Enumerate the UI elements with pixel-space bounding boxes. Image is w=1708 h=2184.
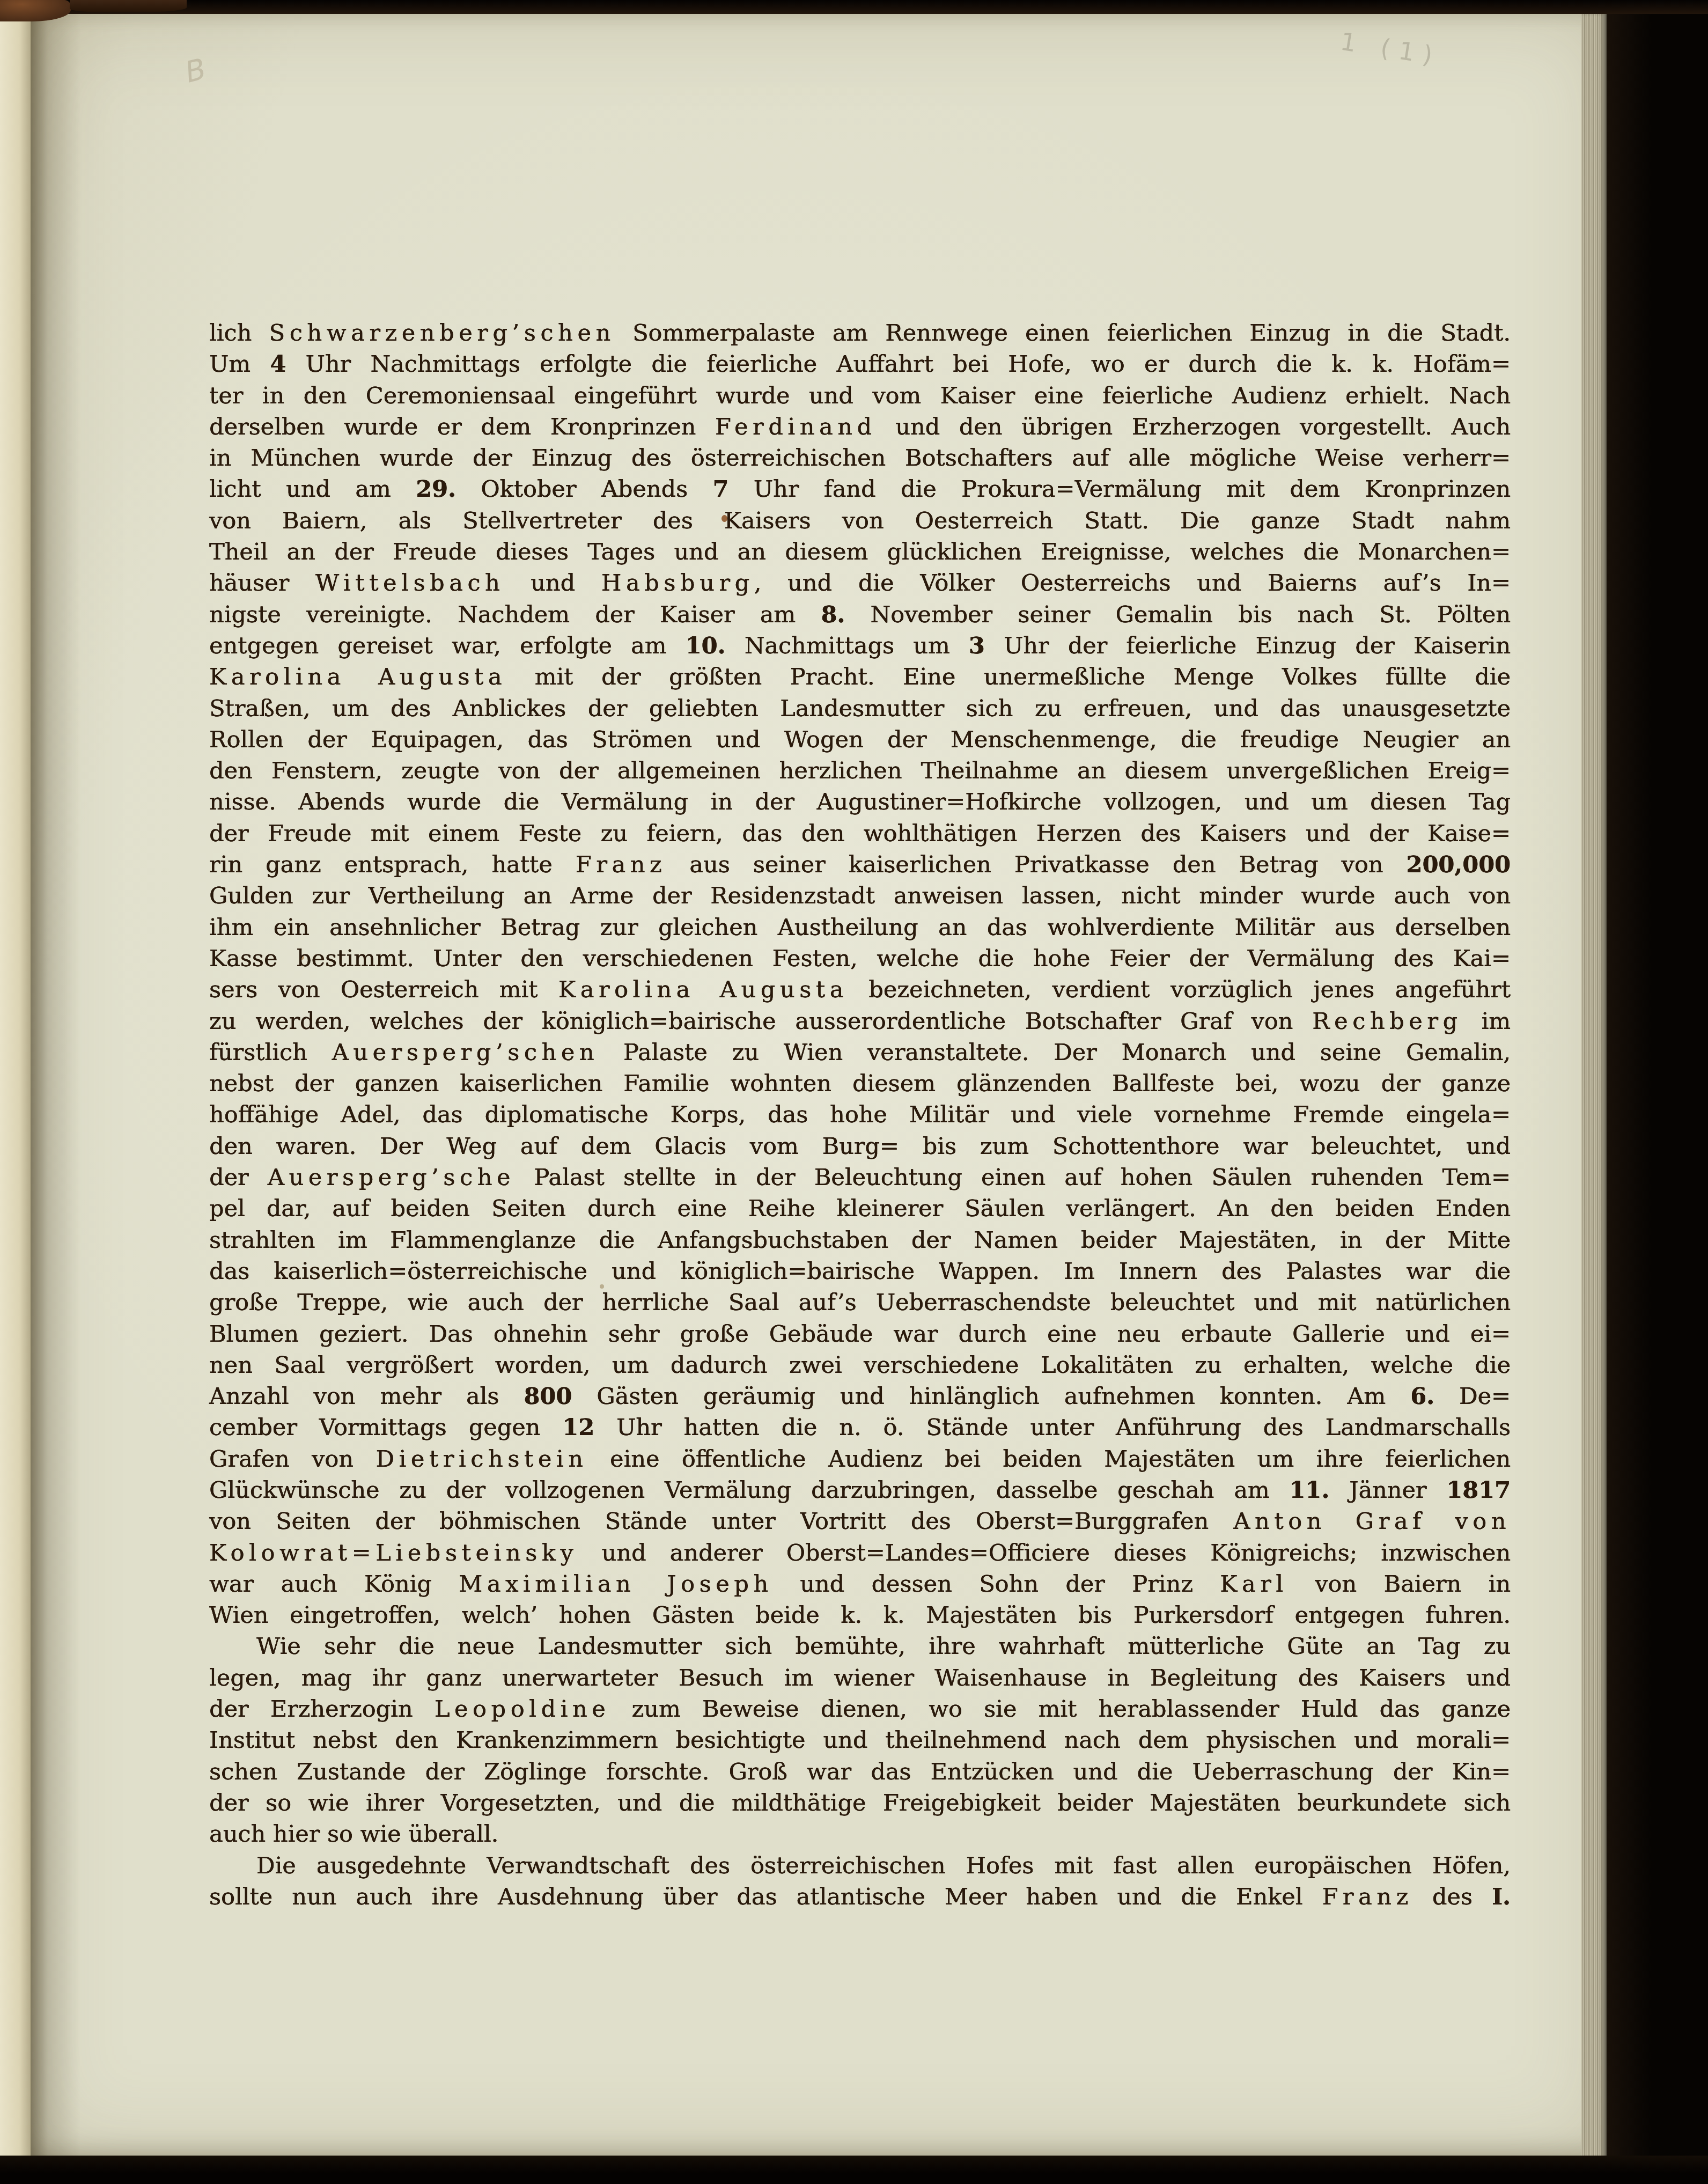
text-run: nisse. Abends wurde die Vermälung in der… <box>209 789 1511 815</box>
text-line: derselben wurde er dem Kronprinzen Ferdi… <box>209 411 1511 443</box>
antiqua-numeral: 800 <box>524 1383 572 1410</box>
text-line: der so wie ihrer Vorgesetzten, und die m… <box>209 1788 1511 1819</box>
text-run: Blumen geziert. Das ohnehin sehr große G… <box>209 1321 1511 1348</box>
text-run: und <box>504 570 601 597</box>
text-run: licht und am <box>209 476 416 503</box>
letterspaced-name: Karolina Augusta <box>209 664 506 690</box>
binding-top-edge <box>0 0 1708 14</box>
text-line: Theil an der Freude dieses Tages und an … <box>209 536 1511 568</box>
text-run: , und die Völker Oesterreichs und Baiern… <box>754 570 1511 597</box>
text-line: sollte nun auch ihre Ausdehnung über das… <box>209 1881 1511 1913</box>
text-run: November seiner Gemalin bis nach St. Pöl… <box>845 601 1511 628</box>
text-line: Um 4 Uhr Nachmittags erfolgte die feierl… <box>209 349 1511 380</box>
text-run: ihm ein ansehnlicher Betrag zur gleichen… <box>209 914 1511 941</box>
text-line: Blumen geziert. Das ohnehin sehr große G… <box>209 1319 1511 1350</box>
text-line: lich Schwarzenberg’schen Sommerpalaste a… <box>209 318 1511 349</box>
text-run: zu werden, welches der königlich=bairisc… <box>209 1008 1312 1035</box>
text-run: Oktober Abends <box>456 476 713 503</box>
text-line: den waren. Der Weg auf dem Glacis vom Bu… <box>209 1131 1511 1162</box>
text-line: pel dar, auf beiden Seiten durch eine Re… <box>209 1193 1511 1224</box>
letterspaced-name: Auersperg’schen <box>332 1039 599 1066</box>
text-run: und anderer Oberst=Landes=Officiere dies… <box>578 1540 1511 1567</box>
text-line: von Baiern, als Stellvertreter des Kaise… <box>209 505 1511 536</box>
text-line: licht und am 29. Oktober Abends 7 Uhr fa… <box>209 474 1511 505</box>
text-run: war auch König <box>209 1571 459 1598</box>
text-line: ihm ein ansehnlicher Betrag zur gleichen… <box>209 912 1511 943</box>
text-run: Anzahl von mehr als <box>209 1383 524 1410</box>
letterspaced-name: Franz <box>1322 1884 1412 1910</box>
text-run: bezeichneten, verdient vorzüglich jenes … <box>848 976 1511 1003</box>
scan-right-edge <box>1607 0 1708 2184</box>
text-run: zum Beweise dienen, wo sie mit herablass… <box>610 1696 1511 1723</box>
text-line: Rollen der Equipagen, das Strömen und Wo… <box>209 724 1511 755</box>
text-line: nisse. Abends wurde die Vermälung in der… <box>209 786 1511 818</box>
page-stack-edge <box>1581 12 1607 2168</box>
antiqua-numeral: 1817 <box>1446 1477 1511 1504</box>
antiqua-numeral: 7 <box>713 476 729 503</box>
text-line: entgegen gereiset war, erfolgte am 10. N… <box>209 630 1511 661</box>
text-line: Straßen, um des Anblickes der geliebten … <box>209 693 1511 724</box>
letterspaced-name: Rechberg <box>1312 1008 1462 1035</box>
antiqua-numeral: 10. <box>686 633 726 659</box>
text-run: ter in den Ceremoniensaal eingeführt wur… <box>209 383 1511 409</box>
letterspaced-name: Habsburg <box>601 570 754 597</box>
text-line: häuser Wittelsbach und Habsburg, und die… <box>209 568 1511 599</box>
text-run: Theil an der Freude dieses Tages und an … <box>209 539 1511 565</box>
text-line: fürstlich Auersperg’schen Palaste zu Wie… <box>209 1037 1511 1068</box>
text-run: von Baiern in <box>1288 1571 1511 1598</box>
text-line: der Erzherzogin Leopoldine zum Beweise d… <box>209 1694 1511 1725</box>
text-run: den waren. Der Weg auf dem Glacis vom Bu… <box>209 1133 1511 1160</box>
antiqua-numeral: 11. <box>1289 1477 1329 1504</box>
text-run: cember Vormittags gegen <box>209 1414 562 1441</box>
text-run: sers von Oesterreich mit <box>209 976 558 1003</box>
text-line: legen, mag ihr ganz unerwarteter Besuch … <box>209 1663 1511 1694</box>
letterspaced-name: Schwarzenberg’schen <box>269 320 615 347</box>
antiqua-numeral: I. <box>1492 1884 1511 1910</box>
text-line: auch hier so wie überall. <box>209 1819 1511 1850</box>
text-run: Rollen der Equipagen, das Strömen und Wo… <box>209 726 1511 753</box>
text-run: Um <box>209 351 270 378</box>
letterspaced-name: Auersperg’sche <box>268 1164 515 1191</box>
text-line: ter in den Ceremoniensaal eingeführt wur… <box>209 380 1511 411</box>
text-run: nen Saal vergrößert worden, um dadurch z… <box>209 1352 1511 1379</box>
text-run: pel dar, auf beiden Seiten durch eine Re… <box>209 1195 1511 1222</box>
text-line: von Seiten der böhmischen Stände unter V… <box>209 1506 1511 1537</box>
letterspaced-name: Karolina Augusta <box>558 976 848 1003</box>
text-run: Uhr der feierliche Einzug der Kaiserin <box>985 633 1511 659</box>
text-run: Palast stellte in der Beleuchtung einen … <box>515 1164 1511 1191</box>
text-line: Gulden zur Vertheilung an Arme der Resid… <box>209 880 1511 911</box>
text-run: große Treppe, wie auch der herrliche Saa… <box>209 1289 1511 1316</box>
antiqua-numeral: 4 <box>270 351 286 378</box>
text-run: das kaiserlich=österreichische und könig… <box>209 1258 1511 1285</box>
antiqua-numeral: 200,000 <box>1407 851 1511 878</box>
text-run: fürstlich <box>209 1039 332 1066</box>
previous-page-edge <box>0 14 31 2157</box>
antiqua-numeral: 12 <box>562 1414 594 1441</box>
text-line: das kaiserlich=österreichische und könig… <box>209 1256 1511 1287</box>
text-line: war auch König Maximilian Joseph und des… <box>209 1569 1511 1600</box>
text-run: der so wie ihrer Vorgesetzten, und die m… <box>209 1790 1511 1817</box>
text-run: Gulden zur Vertheilung an Arme der Resid… <box>209 883 1511 909</box>
text-run: entgegen gereiset war, erfolgte am <box>209 633 686 659</box>
text-run: von Baiern, als Stellvertreter des Kaise… <box>209 508 1511 534</box>
text-line: nigste vereinigte. Nachdem der Kaiser am… <box>209 599 1511 630</box>
text-line: Anzahl von mehr als 800 Gästen geräumig … <box>209 1381 1511 1412</box>
text-line: Glückwünsche zu der vollzogenen Vermälun… <box>209 1475 1511 1506</box>
book-page: B 1 (1) lich Schwarzenberg’schen Sommerp… <box>31 14 1607 2156</box>
text-run: Institut nebst den Krankenzimmern besich… <box>209 1727 1511 1754</box>
text-run: derselben wurde er dem Kronprinzen <box>209 414 715 440</box>
text-line: rin ganz entsprach, hatte Franz aus sein… <box>209 849 1511 880</box>
text-run: Sommerpalaste am Rennwege einen feierlic… <box>615 320 1511 347</box>
text-line: Wien eingetroffen, welch’ hohen Gästen b… <box>209 1600 1511 1631</box>
letterspaced-name: Franz <box>576 851 666 878</box>
text-run: häuser <box>209 570 315 597</box>
text-run: Palaste zu Wien veranstaltete. Der Monar… <box>599 1039 1511 1066</box>
text-run: Grafen von <box>209 1446 376 1473</box>
text-run: und den übrigen Erzherzogen vorgestellt.… <box>877 414 1511 440</box>
text-line: Wie sehr die neue Landesmutter sich bemü… <box>209 1631 1511 1662</box>
text-run: eine öffentliche Audienz bei beiden Maje… <box>588 1446 1511 1473</box>
text-line: Kasse bestimmt. Unter den verschiedenen … <box>209 943 1511 974</box>
text-line: strahlten im Flammenglanze die Anfangsbu… <box>209 1225 1511 1256</box>
text-run: Uhr hatten die n. ö. Stände unter Anführ… <box>594 1414 1511 1441</box>
book-scan: B 1 (1) lich Schwarzenberg’schen Sommerp… <box>0 0 1708 2184</box>
text-line: nen Saal vergrößert worden, um dadurch z… <box>209 1350 1511 1381</box>
text-line: Karolina Augusta mit der größten Pracht.… <box>209 661 1511 693</box>
letterspaced-name: Leopoldine <box>435 1696 610 1723</box>
antiqua-numeral: 29. <box>416 476 456 503</box>
text-run: Kasse bestimmt. Unter den verschiedenen … <box>209 945 1511 972</box>
text-line: hoffähige Adel, das diplomatische Korps,… <box>209 1099 1511 1130</box>
text-run: Nachmittags um <box>725 633 968 659</box>
text-line: in München wurde der Einzug des österrei… <box>209 443 1511 474</box>
antiqua-numeral: 6. <box>1410 1383 1434 1410</box>
text-run: Jänner <box>1329 1477 1446 1504</box>
text-run: legen, mag ihr ganz unerwarteter Besuch … <box>209 1665 1511 1692</box>
pencil-mark-top-right: 1 (1) <box>1338 27 1443 71</box>
text-line: Grafen von Dietrichstein eine öffentlich… <box>209 1444 1511 1475</box>
text-line: Die ausgedehnte Verwandtschaft des öster… <box>209 1850 1511 1881</box>
letterspaced-name: Anton Graf von <box>1233 1508 1511 1535</box>
text-run: in München wurde der Einzug des österrei… <box>209 445 1511 472</box>
text-run: im <box>1462 1008 1511 1035</box>
text-run: Uhr Nachmittags erfolgte die feierliche … <box>286 351 1511 378</box>
antiqua-numeral: 3 <box>969 633 985 659</box>
text-line: cember Vormittags gegen 12 Uhr hatten di… <box>209 1412 1511 1443</box>
text-run: der Erzherzogin <box>209 1696 435 1723</box>
text-run: Wien eingetroffen, welch’ hohen Gästen b… <box>209 1602 1511 1629</box>
pencil-mark-top-left: B <box>182 52 209 89</box>
letterspaced-name: Kolowrat=Liebsteinsky <box>209 1540 578 1567</box>
text-run: nebst der ganzen kaiserlichen Familie wo… <box>209 1070 1511 1097</box>
text-run: der Freude mit einem Feste zu feiern, da… <box>209 820 1511 847</box>
text-run: den Fenstern, zeugte von der allgemeinen… <box>209 758 1511 784</box>
page-text: lich Schwarzenberg’schen Sommerpalaste a… <box>209 318 1511 1913</box>
letterspaced-name: Karl <box>1220 1571 1287 1598</box>
text-line: Kolowrat=Liebsteinsky und anderer Oberst… <box>209 1538 1511 1569</box>
text-line: Institut nebst den Krankenzimmern besich… <box>209 1725 1511 1756</box>
text-line: der Freude mit einem Feste zu feiern, da… <box>209 818 1511 849</box>
text-run: aus seiner kaiserlichen Privatkasse den … <box>666 851 1406 878</box>
text-run: Die ausgedehnte Verwandtschaft des öster… <box>256 1852 1511 1879</box>
scan-bottom-edge <box>0 2156 1708 2184</box>
text-run: strahlten im Flammenglanze die Anfangsbu… <box>209 1227 1511 1254</box>
text-run: Gästen geräumig und hinlänglich aufnehme… <box>572 1383 1410 1410</box>
text-run: mit der größten Pracht. Eine unermeßlich… <box>506 664 1511 690</box>
text-line: den Fenstern, zeugte von der allgemeinen… <box>209 755 1511 786</box>
text-line: nebst der ganzen kaiserlichen Familie wo… <box>209 1068 1511 1099</box>
text-run: des <box>1413 1884 1492 1910</box>
letterspaced-name: Ferdinand <box>715 414 877 440</box>
text-run: schen Zustande der Zöglinge forschte. Gr… <box>209 1759 1511 1785</box>
text-line: zu werden, welches der königlich=bairisc… <box>209 1006 1511 1037</box>
text-line: schen Zustande der Zöglinge forschte. Gr… <box>209 1756 1511 1788</box>
text-run: von Seiten der böhmischen Stände unter V… <box>209 1508 1233 1535</box>
text-run: De= <box>1434 1383 1511 1410</box>
letterspaced-name: Dietrichstein <box>376 1446 587 1473</box>
text-run: hoffähige Adel, das diplomatische Korps,… <box>209 1101 1511 1128</box>
text-run: nigste vereinigte. Nachdem der Kaiser am <box>209 601 821 628</box>
text-run: Uhr fand die Prokura=Vermälung mit dem K… <box>728 476 1511 503</box>
text-line: sers von Oesterreich mit Karolina August… <box>209 974 1511 1005</box>
text-run: lich <box>209 320 269 347</box>
letterspaced-name: Wittelsbach <box>315 570 505 597</box>
text-run: sollte nun auch ihre Ausdehnung über das… <box>209 1884 1322 1910</box>
text-run: auch hier so wie überall. <box>209 1821 498 1848</box>
text-run: und dessen Sohn der Prinz <box>773 1571 1220 1598</box>
leather-fragment <box>70 0 187 12</box>
text-line: der Auersperg’sche Palast stellte in der… <box>209 1162 1511 1193</box>
text-run: Glückwünsche zu der vollzogenen Vermälun… <box>209 1477 1289 1504</box>
text-line: große Treppe, wie auch der herrliche Saa… <box>209 1287 1511 1318</box>
letterspaced-name: Maximilian Joseph <box>459 1571 773 1598</box>
text-run: Straßen, um des Anblickes der geliebten … <box>209 695 1511 722</box>
text-run: der <box>209 1164 268 1191</box>
text-run: rin ganz entsprach, hatte <box>209 851 576 878</box>
antiqua-numeral: 8. <box>821 601 845 628</box>
text-run: Wie sehr die neue Landesmutter sich bemü… <box>256 1633 1511 1660</box>
